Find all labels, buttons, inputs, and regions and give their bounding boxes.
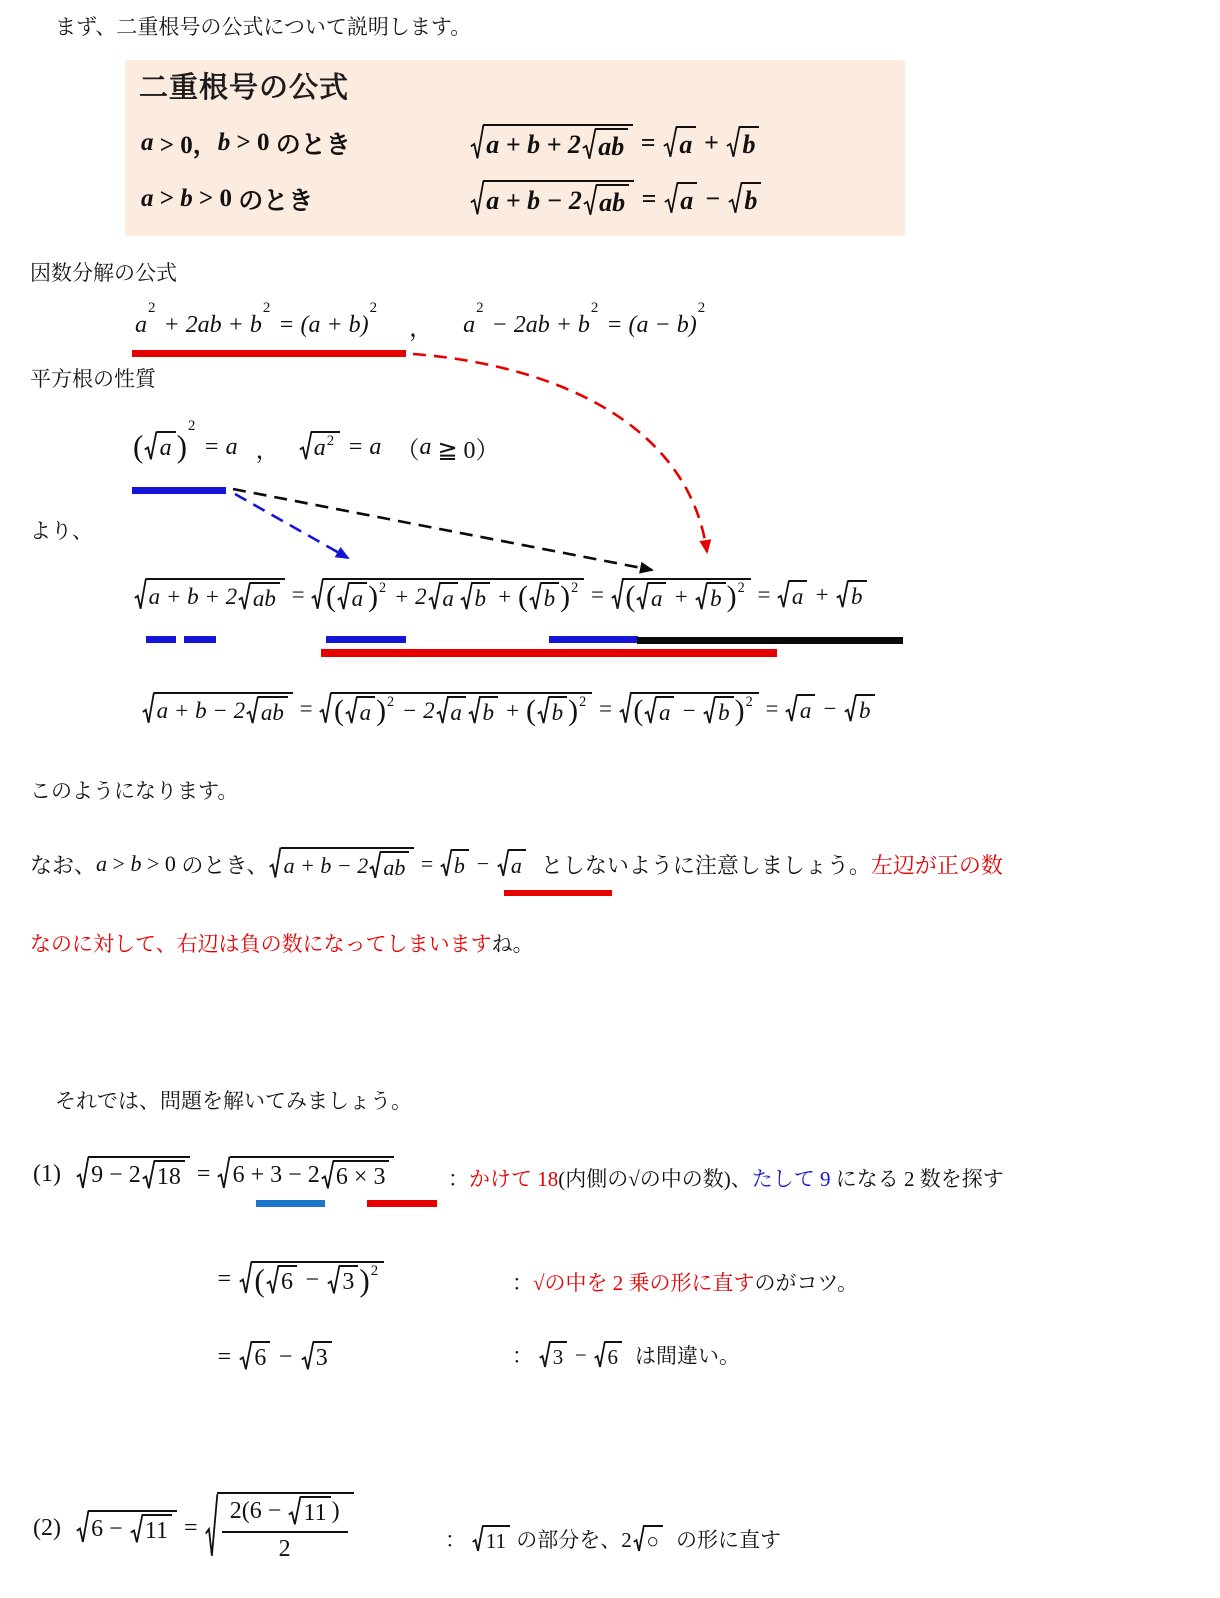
derivation-line-2: a + b − 2ab = (a)2 − 2ab + (b)2 = (a − b… bbox=[141, 678, 876, 740]
blue-underline-sqrt-a-squared bbox=[326, 636, 406, 643]
box-formula-2: a + b − 2ab = a − b bbox=[469, 180, 762, 218]
problem-1-formula: (1)9 − 218 = 6 + 3 − 26 × 3 bbox=[33, 1144, 395, 1204]
problem-1-step-3-comment: ： 3 − 6は間違い。 bbox=[512, 1330, 740, 1380]
blue-underline-sqrt-property bbox=[132, 487, 226, 494]
factorization-formula: a2 + 2ab + b2 = (a + b)2，a2 − 2ab + b2 =… bbox=[135, 302, 707, 348]
sqrt-property-formula: (a)2 = a，a2 = a（a ≧ 0） bbox=[133, 420, 500, 474]
problem-2-formula: (2)6 − 11 = 2(6 − 11)2 bbox=[33, 1462, 355, 1594]
lets-solve-text: それでは、問題を解いてみましょう。 bbox=[55, 1086, 412, 1116]
blue-dashed-arrow bbox=[235, 494, 348, 558]
factorization-label: 因数分解の公式 bbox=[30, 258, 177, 288]
yori-text: より、 bbox=[30, 516, 93, 546]
problem-2-comment: ： 11 の部分を、2○の形に直す bbox=[445, 1512, 781, 1566]
blue-underline-sqrt-b-squared bbox=[549, 636, 638, 643]
problem-1-step-3: = 6 − 3 bbox=[216, 1334, 333, 1380]
problem-1-step-2: = (6 − 3)2 bbox=[216, 1246, 385, 1312]
double-radical-formula-box: 二重根号の公式 a > 0，b > 0 のとき a + b + 2ab = a … bbox=[125, 60, 905, 236]
sqrt-property-label: 平方根の性質 bbox=[30, 364, 156, 394]
box-row-1: a > 0，b > 0 のとき a + b + 2ab = a + b bbox=[141, 116, 760, 170]
red-underline-factorization bbox=[132, 350, 406, 357]
note-line-2: なのに対して、右辺は負の数になってしまいますね。 bbox=[30, 926, 534, 960]
problem-1-comment: ：かけて 18(内側の√の中の数)、たして 9 になる 2 数を探す bbox=[448, 1158, 1004, 1198]
black-dashed-arrow bbox=[233, 489, 652, 570]
blue-underline-6-plus-3 bbox=[256, 1200, 325, 1207]
blue-dash-under-b bbox=[184, 636, 216, 643]
intro-text: まず、二重根号の公式について説明します。 bbox=[55, 12, 471, 42]
blue-dash-under-a bbox=[146, 636, 176, 643]
derivation-line-1: a + b + 2ab = (a)2 + 2ab + (b)2 = (a + b… bbox=[133, 564, 868, 626]
red-underline-wrong-answer bbox=[504, 890, 612, 896]
lesson-page: まず、二重根号の公式について説明します。 二重根号の公式 a > 0，b > 0… bbox=[0, 0, 1220, 1598]
conclusion-text: このようになります。 bbox=[30, 776, 238, 806]
note-line-1: なお、a > b > 0 のとき、a + b − 2ab = b − aとしない… bbox=[30, 834, 1003, 894]
condition-2: a > b > 0 のとき bbox=[141, 181, 469, 217]
black-underline-binomial-square bbox=[637, 637, 903, 644]
box-formula-1: a + b + 2ab = a + b bbox=[469, 124, 760, 162]
box-title: 二重根号の公式 bbox=[139, 65, 349, 106]
condition-1: a > 0，b > 0 のとき bbox=[141, 125, 469, 161]
red-underline-6-times-3 bbox=[367, 1200, 437, 1207]
red-underline-expansion bbox=[321, 649, 777, 657]
problem-1-step-2-comment: ：√の中を 2 乗の形に直すのがコツ。 bbox=[512, 1264, 858, 1300]
box-row-2: a > b > 0 のとき a + b − 2ab = a − b bbox=[141, 172, 762, 226]
